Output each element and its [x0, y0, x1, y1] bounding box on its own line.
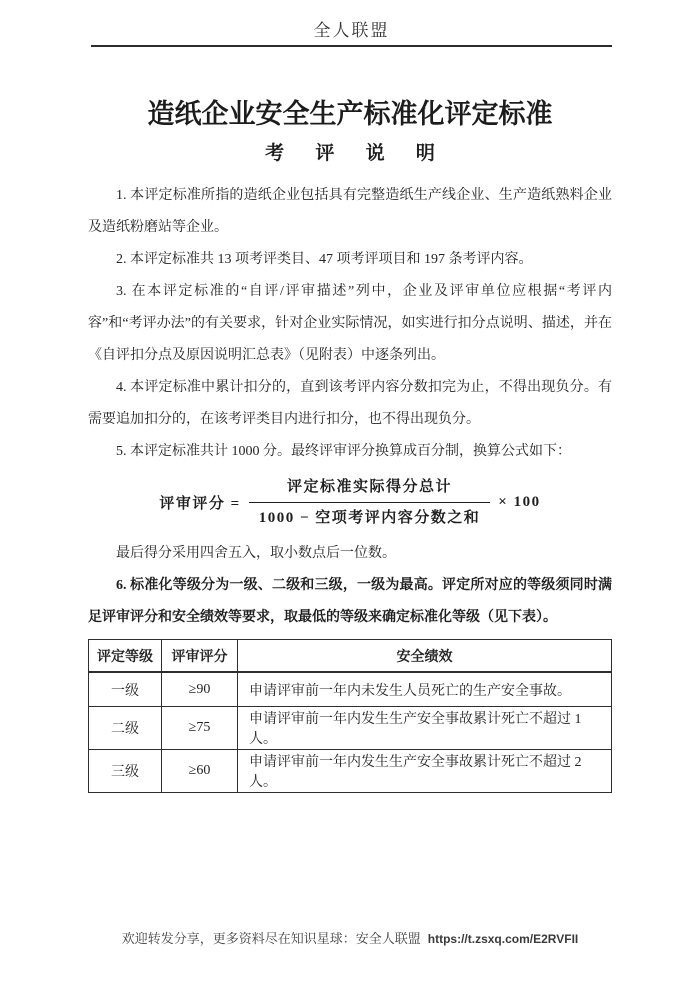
formula-multiplier: × 100 — [498, 494, 540, 511]
grade-table: 评定等级 评审评分 安全绩效 一级 ≥90 申请评审前一年内未发生人员死亡的生产… — [88, 639, 612, 793]
header-brand: 全人联盟 — [91, 20, 612, 42]
doc-body: 1. 本评定标准所指的造纸企业包括具有完整造纸生产线企业、生产造纸熟料企业及造纸… — [88, 180, 612, 793]
grade-cell: 二级 — [89, 707, 162, 750]
doc-subtitle: 考 评 说 明 — [0, 141, 700, 167]
score-cell: ≥60 — [162, 750, 238, 793]
grade-cell: 三级 — [89, 750, 162, 793]
paragraph-5: 5. 本评定标准共计 1000 分。最终评审评分换算成百分制，换算公式如下： — [88, 436, 612, 468]
document-page: 全人联盟 造纸企业安全生产标准化评定标准 考 评 说 明 1. 本评定标准所指的… — [0, 0, 700, 990]
footer-text: 欢迎转发分享，更多资料尽在知识星球：安全人联盟 — [122, 931, 421, 946]
paragraph-2: 2. 本评定标准共 13 项考评类目、47 项考评项目和 197 条考评内容。 — [88, 244, 612, 276]
paragraph-3: 3. 在本评定标准的“自评/评审描述”列中，企业及评审单位应根据“考评内容”和“… — [88, 276, 612, 372]
score-cell: ≥75 — [162, 707, 238, 750]
table-header-score: 评审评分 — [162, 640, 238, 673]
paragraph-4: 4. 本评定标准中累计扣分的，直到该考评内容分数扣完为止，不得出现负分。有需要追… — [88, 372, 612, 436]
footer-url[interactable]: https://t.zsxq.com/E2RVFII — [428, 932, 578, 946]
formula-fraction: 评定标准实际得分总计 1000 − 空项考评内容分数之和 — [249, 477, 491, 528]
table-header-performance: 安全绩效 — [238, 640, 612, 673]
formula-lhs: 评审评分 = — [159, 492, 240, 513]
performance-cell: 申请评审前一年内发生生产安全事故累计死亡不超过 2 人。 — [238, 750, 612, 793]
paragraph-6: 6. 标准化等级分为一级、二级和三级，一级为最高。评定所对应的等级须同时满足评审… — [88, 570, 612, 634]
page-footer: 欢迎转发分享，更多资料尽在知识星球：安全人联盟https://t.zsxq.co… — [0, 930, 700, 948]
formula-numerator: 评定标准实际得分总计 — [249, 477, 491, 503]
table-row: 三级 ≥60 申请评审前一年内发生生产安全事故累计死亡不超过 2 人。 — [89, 750, 612, 793]
table-row: 二级 ≥75 申请评审前一年内发生生产安全事故累计死亡不超过 1 人。 — [89, 707, 612, 750]
score-cell: ≥90 — [162, 672, 238, 707]
table-header-grade: 评定等级 — [89, 640, 162, 673]
doc-title: 造纸企业安全生产标准化评定标准 — [0, 97, 700, 131]
page-header: 全人联盟 — [91, 20, 612, 47]
table-row: 一级 ≥90 申请评审前一年内未发生人员死亡的生产安全事故。 — [89, 672, 612, 707]
performance-cell: 申请评审前一年内发生生产安全事故累计死亡不超过 1 人。 — [238, 707, 612, 750]
table-header-row: 评定等级 评审评分 安全绩效 — [89, 640, 612, 673]
grade-cell: 一级 — [89, 672, 162, 707]
formula-note: 最后得分采用四舍五入，取小数点后一位数。 — [88, 538, 612, 570]
performance-cell: 申请评审前一年内未发生人员死亡的生产安全事故。 — [238, 672, 612, 707]
paragraph-1: 1. 本评定标准所指的造纸企业包括具有完整造纸生产线企业、生产造纸熟料企业及造纸… — [88, 180, 612, 244]
score-conversion-formula: 评审评分 = 评定标准实际得分总计 1000 − 空项考评内容分数之和 × 10… — [88, 477, 612, 528]
formula-denominator: 1000 − 空项考评内容分数之和 — [249, 503, 491, 528]
